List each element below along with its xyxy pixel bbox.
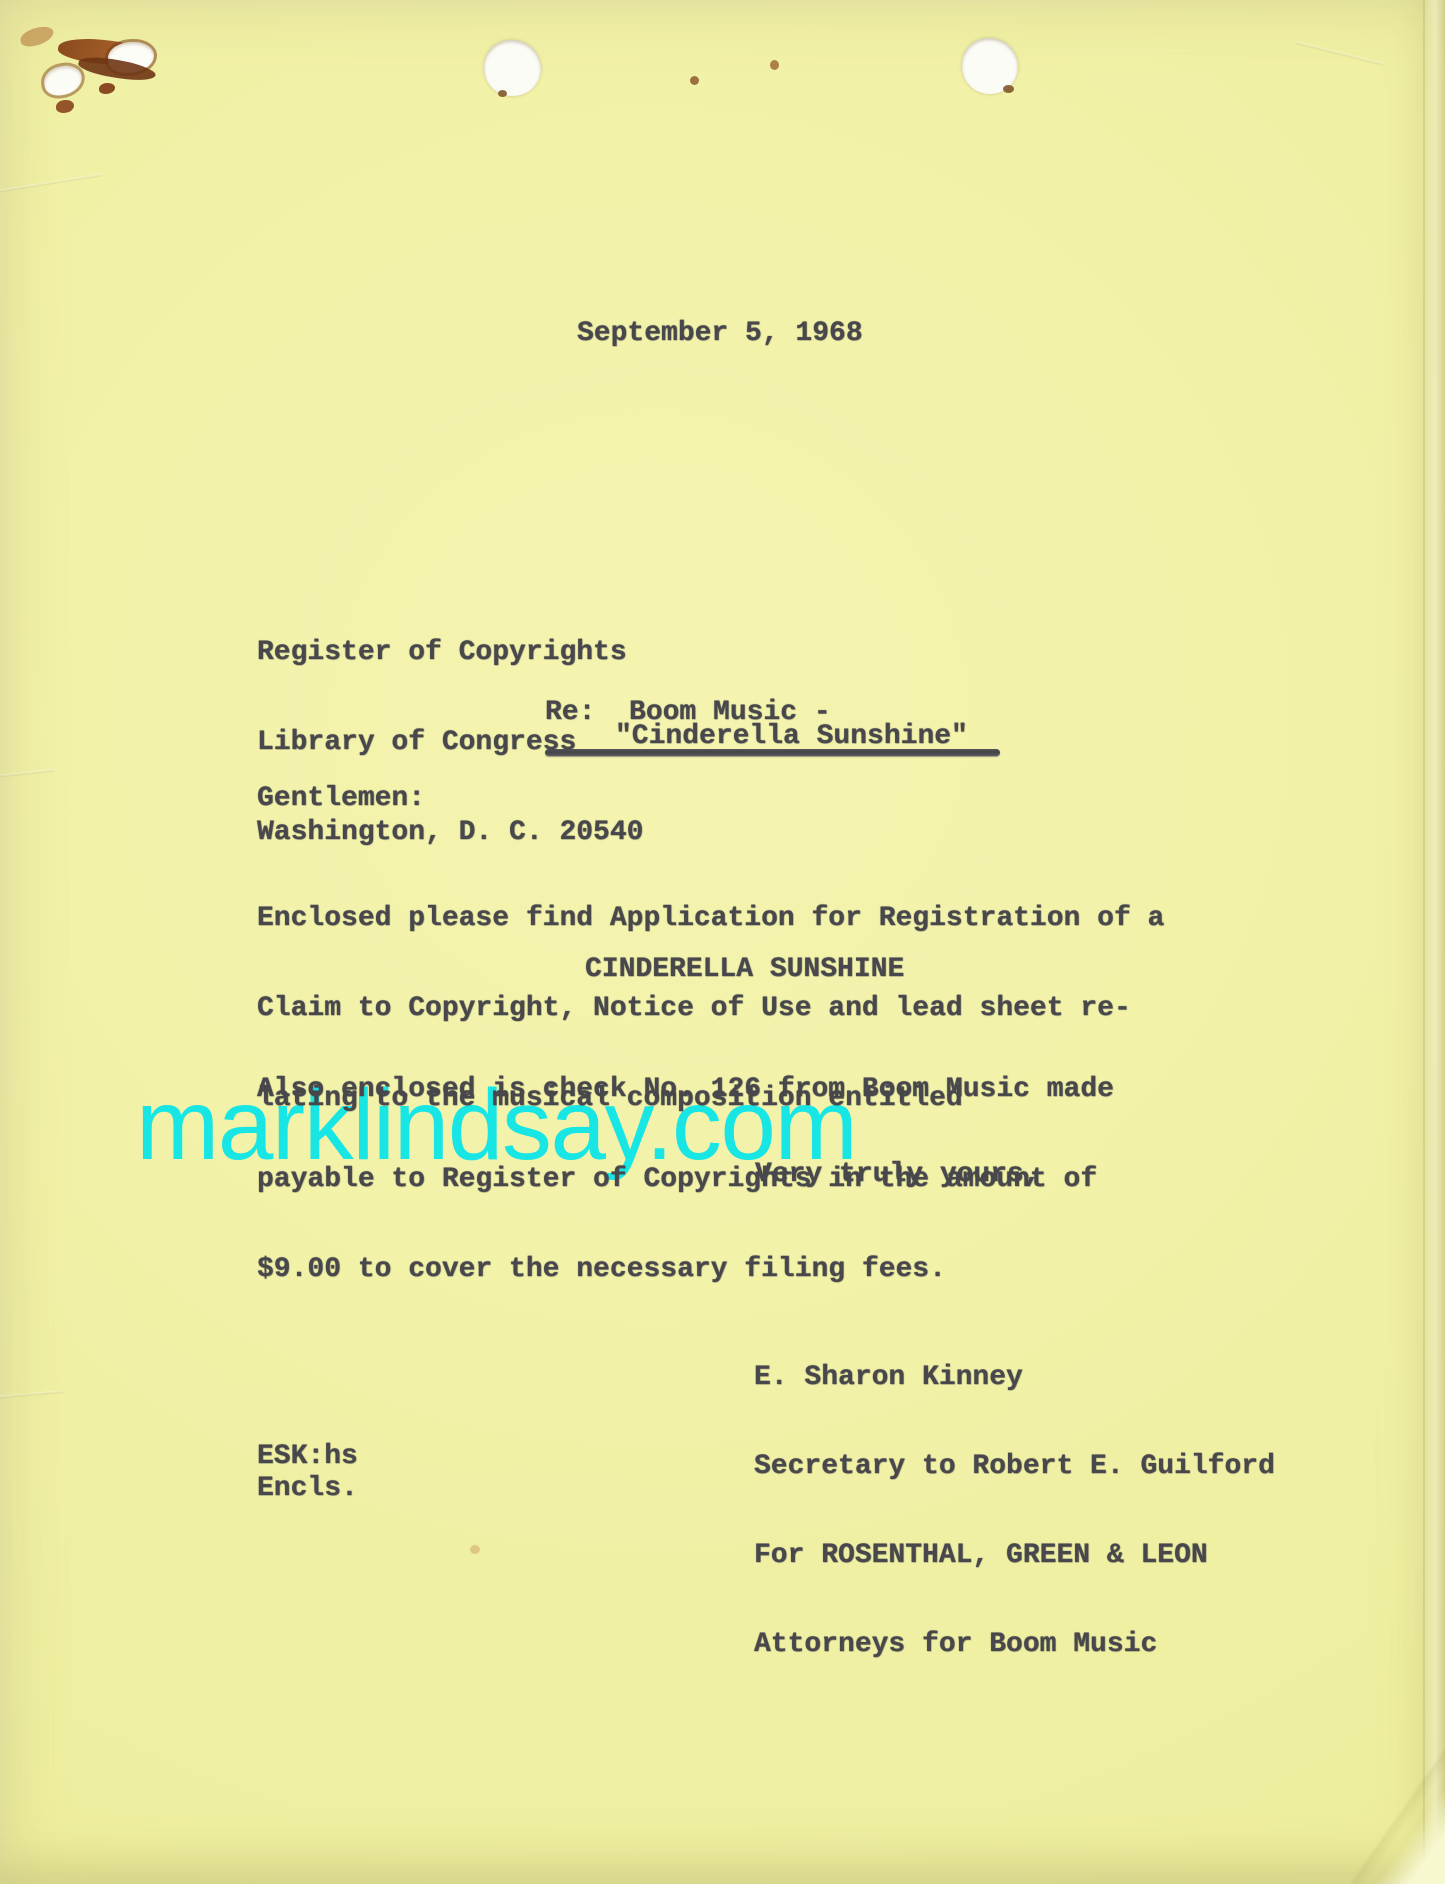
- rust-dot: [498, 90, 507, 97]
- paper-crease: [1296, 41, 1384, 66]
- rust-speck: [770, 60, 779, 70]
- rust-smudge: [18, 24, 55, 49]
- paragraph-line: Enclosed please find Application for Reg…: [257, 904, 1164, 934]
- salutation-line: Gentlemen:: [257, 784, 425, 814]
- torn-paper-patch: [43, 64, 84, 97]
- paper-right-edge: [1423, 0, 1445, 1884]
- subject-line-2: "Cinderella Sunshine": [615, 722, 968, 752]
- paper-crease: [0, 769, 54, 778]
- closing-line: Very truly yours,: [755, 1160, 1041, 1190]
- signature-block: E. Sharon Kinney Secretary to Robert E. …: [754, 1303, 1275, 1719]
- song-title-line: CINDERELLA SUNSHINE: [585, 955, 904, 985]
- signature-title: Secretary to Robert E. Guilford: [754, 1452, 1275, 1481]
- signature-name: E. Sharon Kinney: [754, 1363, 1275, 1392]
- punch-hole-left: [484, 40, 541, 96]
- date-line: September 5, 1968: [577, 319, 863, 349]
- signature-firm: For ROSENTHAL, GREEN & LEON: [754, 1541, 1275, 1570]
- rust-dot: [1003, 85, 1014, 93]
- paragraph-line: $9.00 to cover the necessary filing fees…: [257, 1255, 1114, 1285]
- paper-crease: [0, 1390, 64, 1399]
- signature-role: Attorneys for Boom Music: [754, 1630, 1275, 1659]
- scanned-letter-page: marklindsay.com September 5, 1968 Regist…: [0, 0, 1445, 1884]
- paper-right-edge-line: [1423, 0, 1425, 1884]
- rust-smudge: [56, 100, 74, 113]
- address-line: Register of Copyrights: [257, 638, 643, 668]
- typist-initials-line: ESK:hs: [257, 1442, 358, 1472]
- bottom-right-corner-flap: [1375, 1789, 1445, 1884]
- rust-smudge: [99, 83, 115, 94]
- paper-crease: [0, 173, 102, 193]
- paragraph-line: Also enclosed is check No. 126 from Boom…: [257, 1075, 1114, 1105]
- rust-speck: [690, 76, 699, 85]
- address-line: Library of Congress: [257, 728, 643, 758]
- rust-speck: [470, 1545, 480, 1554]
- enclosures-line: Encls.: [257, 1474, 358, 1504]
